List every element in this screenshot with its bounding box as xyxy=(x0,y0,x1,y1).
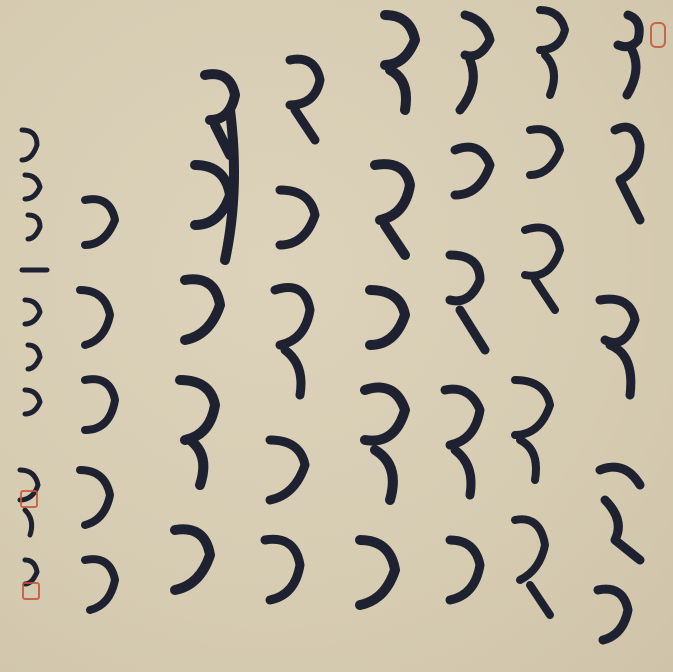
seal-top-right xyxy=(650,22,666,48)
ink-strokes xyxy=(0,0,673,672)
column-4 xyxy=(360,15,415,605)
column-7 xyxy=(80,199,115,610)
seal-bottom xyxy=(22,582,40,600)
column-2 xyxy=(515,10,565,615)
seal-name xyxy=(20,490,38,508)
column-1 xyxy=(598,15,640,640)
calligraphy-artwork xyxy=(0,0,673,672)
column-5 xyxy=(265,59,320,600)
column-3 xyxy=(445,15,490,600)
inscription-column xyxy=(20,130,47,584)
column-6 xyxy=(175,74,235,590)
